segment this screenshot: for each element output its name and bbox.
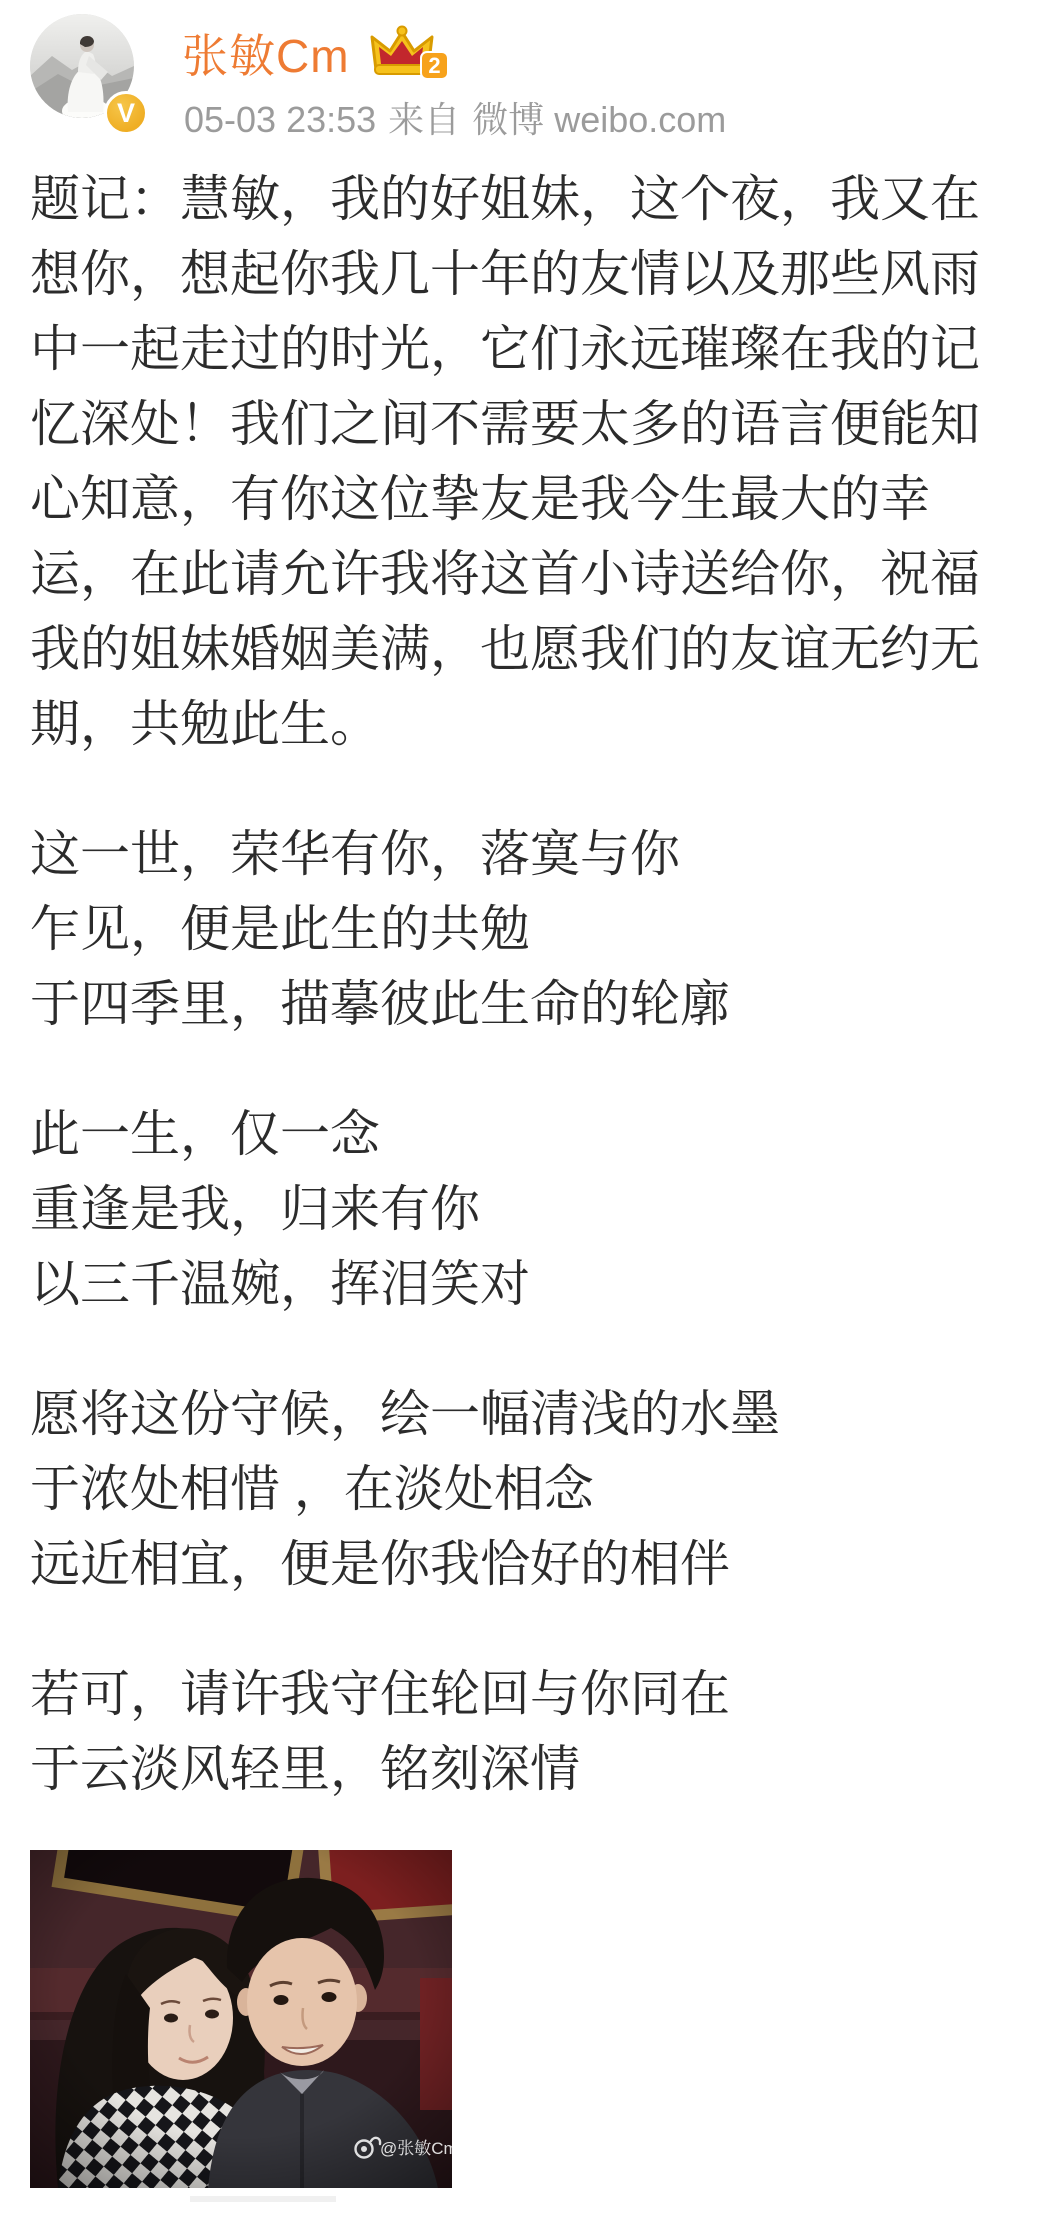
poem-line: 于浓处相惜 ，在淡处相念 — [30, 1452, 1019, 1527]
post-header: V 张敏Cm 2 05-03 23:53 来自 微博 weibo.com — [0, 0, 1049, 140]
poem-line: 愿将这份守候，绘一幅清浅的水墨 — [30, 1377, 1019, 1452]
poem-line: 远近相宜，便是你我恰好的相伴 — [30, 1527, 1019, 1602]
post-content: 题记：慧敏，我的好姐妹，这个夜，我又在想你，想起你我几十年的友情以及那些风雨中一… — [0, 162, 1049, 2188]
attached-photo[interactable]: @张敏Cm — [30, 1850, 452, 2188]
timestamp[interactable]: 05-03 23:53 — [184, 99, 376, 141]
photo-image: @张敏Cm — [30, 1850, 452, 2188]
poem-stanza-3: 愿将这份守候，绘一幅清浅的水墨 于浓处相惜 ，在淡处相念 远近相宜，便是你我恰好… — [30, 1377, 1019, 1602]
verified-badge-letter: V — [117, 100, 135, 127]
poem-line: 乍见，便是此生的共勉 — [30, 892, 1019, 967]
source-link[interactable]: 微博 weibo.com — [472, 92, 726, 143]
poem-line: 若可，请许我守住轮回与你同在 — [30, 1657, 1019, 1732]
username[interactable]: 张敏Cm — [182, 20, 350, 86]
intro-paragraph: 题记：慧敏，我的好姐妹，这个夜，我又在想你，想起你我几十年的友情以及那些风雨中一… — [30, 162, 1019, 762]
source-prefix: 来自 — [388, 92, 460, 143]
member-crown-icon[interactable]: 2 — [366, 24, 450, 82]
divider-artifact — [190, 2196, 336, 2202]
weibo-post: V 张敏Cm 2 05-03 23:53 来自 微博 weibo.com 题记：… — [0, 0, 1049, 2233]
poem-stanza-4: 若可，请许我守住轮回与你同在 于云淡风轻里，铭刻深情 — [30, 1657, 1019, 1807]
poem-stanza-1: 这一世，荣华有你，落寞与你 乍见，便是此生的共勉 于四季里，描摹彼此生命的轮廓 — [30, 817, 1019, 1042]
photo-watermark-text: @张敏Cm — [380, 2139, 452, 2158]
poem-line: 此一生，仅一念 — [30, 1097, 1019, 1172]
poem-line: 这一世，荣华有你，落寞与你 — [30, 817, 1019, 892]
post-meta: 05-03 23:53 来自 微博 weibo.com — [184, 92, 726, 143]
poem-line: 于云淡风轻里，铭刻深情 — [30, 1732, 1019, 1807]
poem-stanza-2: 此一生，仅一念 重逢是我，归来有你 以三千温婉，挥泪笑对 — [30, 1097, 1019, 1322]
poem-line: 重逢是我，归来有你 — [30, 1172, 1019, 1247]
poem-line: 以三千温婉，挥泪笑对 — [30, 1247, 1019, 1322]
member-level-number: 2 — [428, 53, 440, 78]
poem-line: 于四季里，描摹彼此生命的轮廓 — [30, 967, 1019, 1042]
verified-badge-icon: V — [104, 91, 148, 135]
